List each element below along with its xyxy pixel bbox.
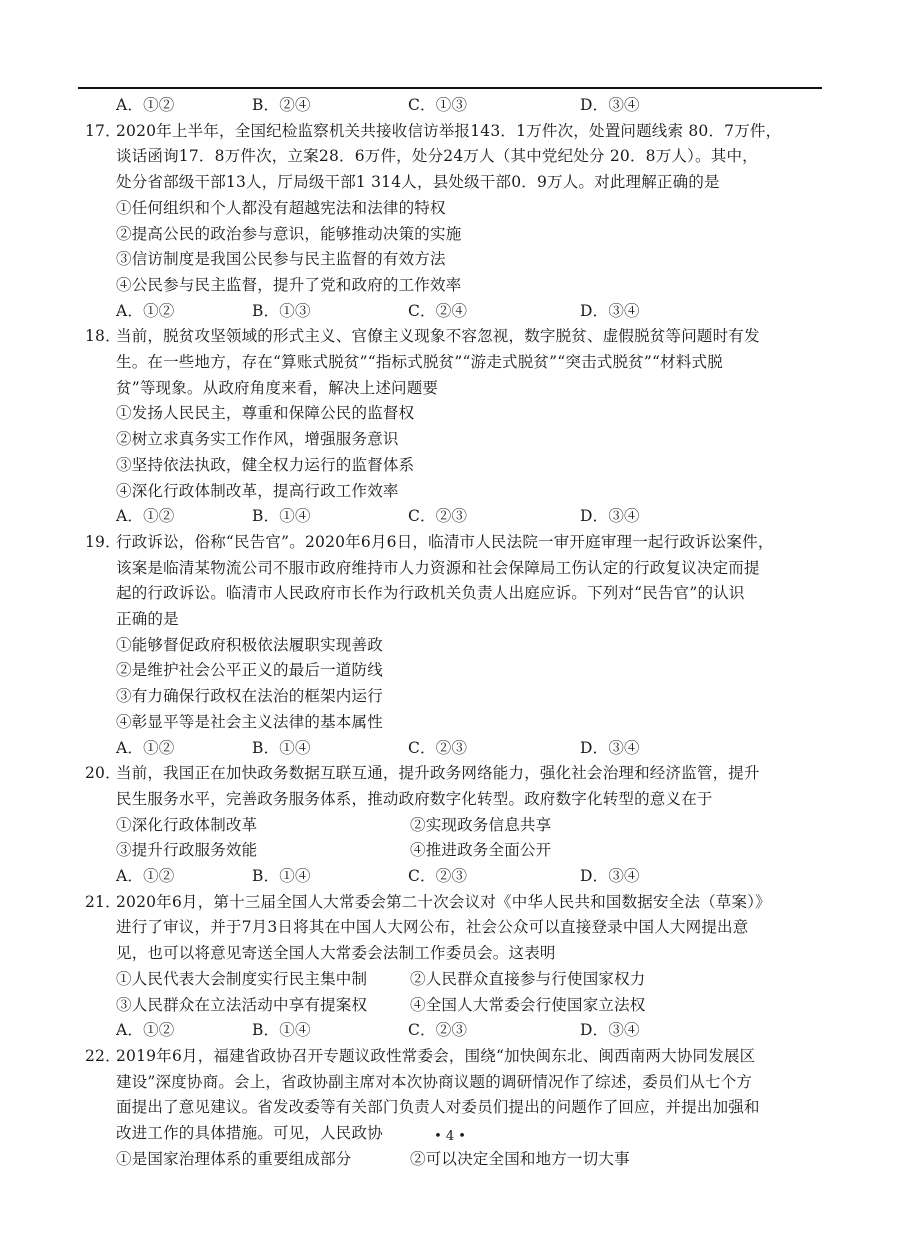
- answer-choice: C．②③: [408, 503, 467, 529]
- statement-option: ①是国家治理体系的重要组成部分: [116, 1146, 352, 1172]
- statement-option: ④深化行政体制改革，提高行政工作效率: [116, 478, 399, 504]
- question-stem-line: 该案是临清某物流公司不服市政府维持市人力资源和社会保障局工伤认定的行政复议决定而…: [116, 555, 760, 581]
- answer-choice: A．①②: [116, 503, 175, 529]
- answer-choice: D．③④: [580, 298, 640, 324]
- answer-choice: B．②④: [252, 92, 311, 118]
- question-stem-line: 贫”等现象。从政府角度来看，解决上述问题要: [116, 375, 438, 401]
- answer-choice: B．①④: [252, 735, 311, 761]
- statement-option: ①人民代表大会制度实行民主集中制: [116, 966, 367, 992]
- answer-choice: D．③④: [580, 863, 640, 889]
- statement-option: ②是维护社会公平正义的最后一道防线: [116, 657, 383, 683]
- question-stem-line: 建设”深度协商。会上，省政协副主席对本次协商议题的调研情况作了综述，委员们从七个…: [116, 1069, 752, 1095]
- question-stem-line: 起的行政诉讼。临清市人民政府市长作为行政机关负责人出庭应诉。下列对“民告官”的认…: [116, 580, 745, 606]
- statement-option: ④彰显平等是社会主义法律的基本属性: [116, 709, 383, 735]
- answer-choice: A．①②: [116, 92, 175, 118]
- statement-option: ②提高公民的政治参与意识，能够推动决策的实施: [116, 221, 461, 247]
- answer-choice: B．①④: [252, 1017, 311, 1043]
- answer-choice: C．②④: [408, 298, 467, 324]
- statement-option: ③人民群众在立法活动中享有提案权: [116, 992, 367, 1018]
- statement-option: ④公民参与民主监督，提升了党和政府的工作效率: [116, 272, 461, 298]
- page-number: • 4 •: [0, 1127, 900, 1147]
- question-stem-line: 2020年上半年，全国纪检监察机关共接收信访举报143．1万件次，处置问题线索 …: [116, 118, 781, 144]
- answer-choice: D．③④: [580, 735, 640, 761]
- answer-choice: B．①④: [252, 863, 311, 889]
- question-stem-line: 正确的是: [116, 606, 179, 632]
- answer-choice: B．①④: [252, 503, 311, 529]
- answer-choice: D．③④: [580, 92, 640, 118]
- statement-option: ③有力确保行政权在法治的框架内运行: [116, 683, 383, 709]
- statement-option: ②树立求真务实工作作风，增强服务意识: [116, 426, 399, 452]
- statement-option: ③信访制度是我国公民参与民主监督的有效方法: [116, 246, 446, 272]
- question-stem-line: 行政诉讼，俗称“民告官”。2020年6月6日，临清市人民法院一审开庭审理一起行政…: [116, 529, 774, 555]
- answer-choice: C．②③: [408, 1017, 467, 1043]
- question-stem-line: 民生服务水平，完善政务服务体系，推动政府数字化转型。政府数字化转型的意义在于: [116, 786, 713, 812]
- statement-option: ①能够督促政府积极依法履职实现善政: [116, 632, 383, 658]
- question-stem-line: 谈话函询17．8万件次，立案28．6万件，处分24万人（其中党纪处分 20．8万…: [116, 143, 758, 169]
- answer-choice: A．①②: [116, 1017, 175, 1043]
- question-stem-line: 当前，我国正在加快政务数据互联互通，提升政务网络能力，强化社会治理和经济监管，提…: [116, 760, 760, 786]
- statement-option: ②人民群众直接参与行使国家权力: [410, 966, 646, 992]
- answer-choice: C．②③: [408, 735, 467, 761]
- question-stem-line: 面提出了意见建议。省发改委等有关部门负责人对委员们提出的问题作了回应，并提出加强…: [116, 1094, 760, 1120]
- answer-choice: D．③④: [580, 503, 640, 529]
- answer-choice: A．①②: [116, 298, 175, 324]
- answer-choice: C．②③: [408, 863, 467, 889]
- statement-option: ③坚持依法执政，健全权力运行的监督体系: [116, 452, 414, 478]
- question-stem-line: 见，也可以将意见寄送全国人大常委会法制工作委员会。这表明: [116, 940, 556, 966]
- question-stem-line: 处分省部级干部13人，厅局级干部1 314人，县处级干部0．9万人。对此理解正确…: [116, 169, 720, 195]
- answer-choice: A．①②: [116, 735, 175, 761]
- answer-choice: D．③④: [580, 1017, 640, 1043]
- statement-option: ④推进政务全面公开: [410, 837, 551, 863]
- header-rule: [78, 87, 822, 89]
- statement-option: ③提升行政服务效能: [116, 837, 257, 863]
- answer-choice: A．①②: [116, 863, 175, 889]
- question-stem-line: 2019年6月，福建省政协召开专题议政性常委会，围绕“加快闽东北、闽西南两大协同…: [116, 1043, 755, 1069]
- statement-option: ①深化行政体制改革: [116, 812, 257, 838]
- question-stem-line: 当前，脱贫攻坚领域的形式主义、官僚主义现象不容忽视，数字脱贫、虚假脱贫等问题时有…: [116, 323, 760, 349]
- question-stem-line: 2020年6月，第十三届全国人大常委会第二十次会议对《中华人民共和国数据安全法（…: [116, 889, 771, 915]
- question-stem-line: 进行了审议，并于7月3日将其在中国人大网公布，社会公众可以直接登录中国人大网提出…: [116, 914, 748, 940]
- statement-option: ④全国人大常委会行使国家立法权: [410, 992, 646, 1018]
- statement-option: ①发扬人民民主，尊重和保障公民的监督权: [116, 400, 414, 426]
- question-stem-line: 生。在一些地方，存在“算账式脱贫”“指标式脱贫”“游走式脱贫”“突击式脱贫”“材…: [116, 349, 723, 375]
- statement-option: ①任何组织和个人都没有超越宪法和法律的特权: [116, 195, 446, 221]
- answer-choice: C．①③: [408, 92, 467, 118]
- statement-option: ②可以决定全国和地方一切大事: [410, 1146, 630, 1172]
- statement-option: ②实现政务信息共享: [410, 812, 551, 838]
- answer-choice: B．①③: [252, 298, 311, 324]
